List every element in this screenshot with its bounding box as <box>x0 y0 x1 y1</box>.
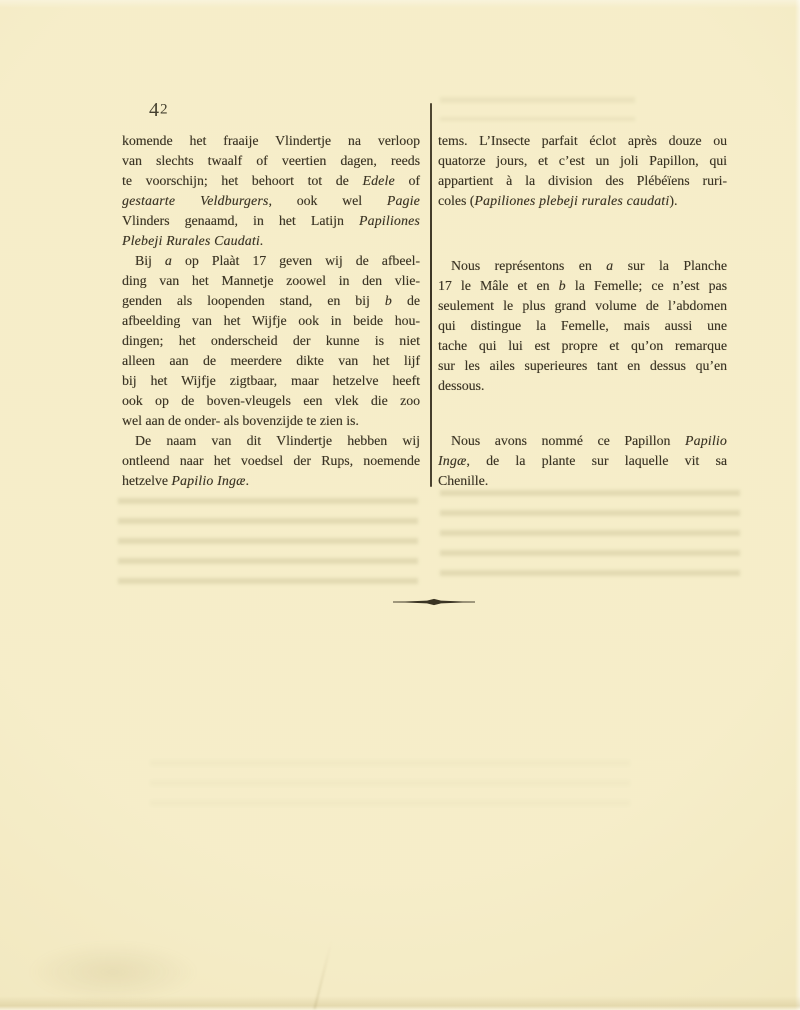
roman-text: qui distingue la Femelle, mais aussi une <box>438 318 727 333</box>
roman-text: te voorschijn; het behoort tot de <box>122 173 362 188</box>
bleedthrough-smudge <box>440 490 740 590</box>
text-line: quatorze jours, et c’est un joli Papillo… <box>438 151 727 171</box>
text-line: Plebeji Rurales Caudati. <box>122 231 420 251</box>
italic-text: Papilio <box>685 433 727 448</box>
text-line: hetzelve Papilio Ingæ. <box>122 471 420 491</box>
scanned-book-page: { "page": { "number": "42", "colors": { … <box>0 0 800 1010</box>
left-column-dutch-text: komende het fraaije Vlindertje na verloo… <box>122 131 420 491</box>
page-number-digit: 2 <box>160 100 169 117</box>
roman-text: . <box>246 473 249 488</box>
text-line: bij het Wijfje zigtbaar, maar hetzelve h… <box>122 371 420 391</box>
roman-text: , de la plante sur laquelle vit sa <box>466 453 727 468</box>
section-end-rule-ornament <box>393 593 475 601</box>
roman-text: de <box>392 293 420 308</box>
text-line: De naam van dit Vlindertje hebben wij <box>122 431 420 451</box>
paragraph: komende het fraaije Vlindertje na verloo… <box>122 131 420 251</box>
text-line: wel aan de onder- als bovenzijde te zien… <box>122 411 420 431</box>
italic-text: Plebeji Rurales Caudati. <box>122 233 264 248</box>
text-line: ook op de boven-vleugels een vlek die zo… <box>122 391 420 411</box>
text-line: sur les ailes superieures tant en dessus… <box>438 356 727 376</box>
column-divider-rule <box>430 103 432 487</box>
roman-text: ). <box>669 193 677 208</box>
roman-text: op Plaàt 17 geven wij de afbeel- <box>172 253 420 268</box>
roman-text: wel aan de onder- als bovenzijde te zien… <box>122 413 359 428</box>
roman-text: quatorze jours, et c’est un joli Papillo… <box>438 153 727 168</box>
roman-text: Bij <box>135 253 165 268</box>
roman-text: sur les ailes superieures tant en dessus… <box>438 358 727 373</box>
roman-text: genden als loopenden stand, en bij <box>122 293 385 308</box>
roman-text: coles ( <box>438 193 474 208</box>
text-line: alleen aan de meerdere dikte van het lij… <box>122 351 420 371</box>
roman-text: alleen aan de meerdere dikte van het lij… <box>122 353 420 368</box>
roman-text: Chenille. <box>438 473 488 488</box>
italic-text: gestaarte Veldburgers <box>122 193 268 208</box>
roman-text: appartient à la division des Plébéïens r… <box>438 173 727 188</box>
paper-smudge <box>28 942 198 1002</box>
italic-text: b <box>385 293 392 308</box>
text-line: te voorschijn; het behoort tot de Edele … <box>122 171 420 191</box>
roman-text: ook op de boven-vleugels een vlek die zo… <box>122 393 420 408</box>
roman-text: bij het Wijfje zigtbaar, maar hetzelve h… <box>122 373 420 388</box>
paper-edge-top <box>0 0 800 8</box>
text-line: qui distingue la Femelle, mais aussi une <box>438 316 727 336</box>
bleedthrough-smudge <box>150 760 630 820</box>
roman-text: tache qui lui est propre et qu’on remarq… <box>438 338 727 353</box>
roman-text: 17 le Mâle et en <box>438 278 559 293</box>
paragraph: Nous représentons en a sur la Planche17 … <box>438 256 727 396</box>
text-line: genden als loopenden stand, en bij b de <box>122 291 420 311</box>
right-column-french-text: tems. L’Insecte parfait éclot après douz… <box>438 131 727 491</box>
roman-text: la Femelle; ce n’est pas <box>566 278 727 293</box>
text-line: afbeelding van het Wijfje ook in beide h… <box>122 311 420 331</box>
text-line: van slechts twaalf of veertien dagen, re… <box>122 151 420 171</box>
bleedthrough-smudge <box>440 97 635 121</box>
page-number-digit: 4 <box>149 99 160 121</box>
roman-text: ontleend naar het voedsel der Rups, noem… <box>122 453 420 468</box>
roman-text: afbeelding van het Wijfje ook in beide h… <box>122 313 420 328</box>
text-line: Bij a op Plaàt 17 geven wij de afbeel- <box>122 251 420 271</box>
roman-text: Nous représentons en <box>451 258 606 273</box>
italic-text: Papilio Ingæ <box>171 473 245 488</box>
roman-text: hetzelve <box>122 473 171 488</box>
bleedthrough-smudge <box>118 498 418 590</box>
text-line: dingen; het onderscheid der kunne is nie… <box>122 331 420 351</box>
roman-text: Vlinders genaamd, in het Latijn <box>122 213 359 228</box>
swelled-rule-icon <box>393 598 475 606</box>
text-line: tems. L’Insecte parfait éclot après douz… <box>438 131 727 151</box>
text-line: dessous. <box>438 376 727 396</box>
text-line: coles (Papiliones plebeji rurales caudat… <box>438 191 727 211</box>
text-line: Nous avons nommé ce Papillon Papilio <box>438 431 727 451</box>
page-number: 42 <box>149 99 169 122</box>
italic-text: Pagie <box>387 193 420 208</box>
paragraph: Bij a op Plaàt 17 geven wij de afbeel-di… <box>122 251 420 431</box>
text-line: Ingæ, de la plante sur laquelle vit sa <box>438 451 727 471</box>
roman-text: van slechts twaalf of veertien dagen, re… <box>122 153 420 168</box>
roman-text: komende het fraaije Vlindertje na verloo… <box>122 133 420 148</box>
paragraph: tems. L’Insecte parfait éclot après douz… <box>438 131 727 211</box>
roman-text: tems. L’Insecte parfait éclot après douz… <box>438 133 727 148</box>
roman-text: of <box>395 173 420 188</box>
roman-text: Nous avons nommé ce Papillon <box>451 433 685 448</box>
text-line: 17 le Mâle et en b la Femelle; ce n’est … <box>438 276 727 296</box>
text-line: tache qui lui est propre et qu’on remarq… <box>438 336 727 356</box>
roman-text: ding van het Mannetje zoowel in den vlie… <box>122 273 420 288</box>
text-line: appartient à la division des Plébéïens r… <box>438 171 727 191</box>
italic-text: Edele <box>362 173 394 188</box>
italic-text: b <box>559 278 566 293</box>
roman-text: seulement le plus grand volume de l’abdo… <box>438 298 727 313</box>
text-line: Nous représentons en a sur la Planche <box>438 256 727 276</box>
text-line: ding van het Mannetje zoowel in den vlie… <box>122 271 420 291</box>
text-line: ontleend naar het voedsel der Rups, noem… <box>122 451 420 471</box>
italic-text: Papiliones <box>359 213 420 228</box>
italic-text: a <box>165 253 172 268</box>
text-line: gestaarte Veldburgers, ook wel Pagie <box>122 191 420 211</box>
roman-text: De naam van dit Vlindertje hebben wij <box>135 433 420 448</box>
italic-text: Papiliones plebeji rurales caudati <box>474 193 669 208</box>
text-line: Vlinders genaamd, in het Latijn Papilion… <box>122 211 420 231</box>
text-line: komende het fraaije Vlindertje na verloo… <box>122 131 420 151</box>
roman-text: sur la Planche <box>613 258 727 273</box>
text-line: Chenille. <box>438 471 727 491</box>
paper-edge-right <box>795 0 800 1010</box>
roman-text: dessous. <box>438 378 484 393</box>
roman-text: , ook wel <box>268 193 386 208</box>
italic-text: Ingæ <box>438 453 466 468</box>
paragraph: De naam van dit Vlindertje hebben wijont… <box>122 431 420 491</box>
paragraph: Nous avons nommé ce Papillon PapilioIngæ… <box>438 431 727 491</box>
text-line: seulement le plus grand volume de l’abdo… <box>438 296 727 316</box>
roman-text: dingen; het onderscheid der kunne is nie… <box>122 333 420 348</box>
